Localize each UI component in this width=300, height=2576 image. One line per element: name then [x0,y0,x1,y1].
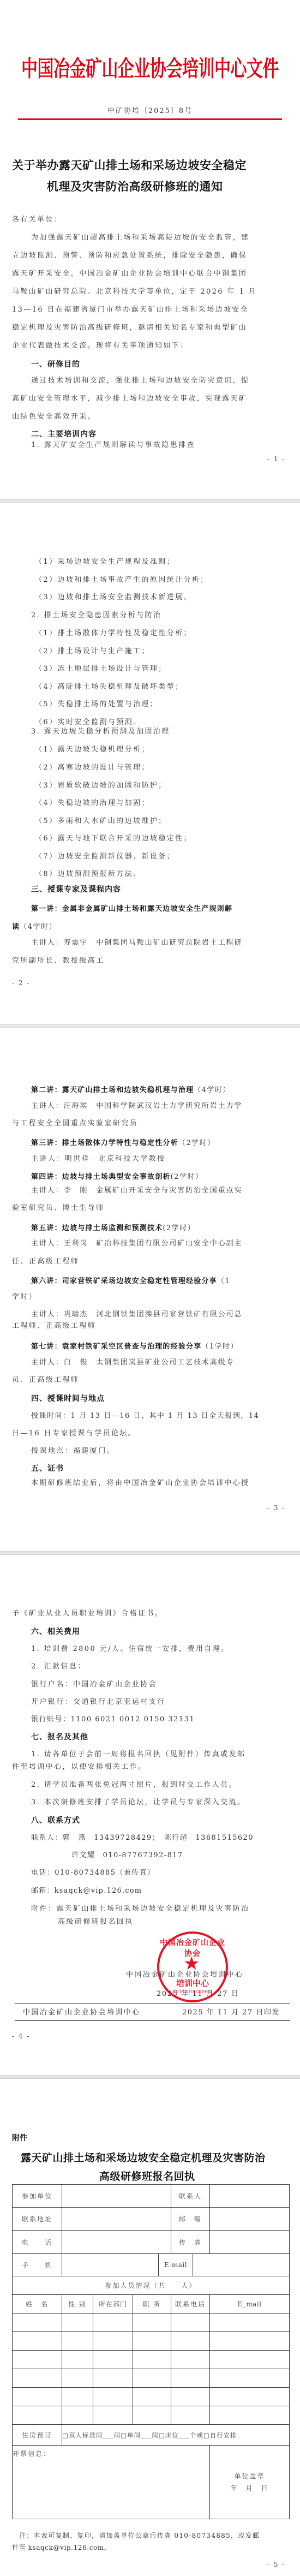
lecture-2-hours: （4学时） [194,1086,231,1094]
lecture-7-speaker: 主讲人：白 俊 太钢集团岚县矿业公司工艺技术高级专 [31,1358,235,1367]
lecture-4-speaker-cont: 验室研究员、博士生导师 [12,1204,104,1213]
bank-account-name: 银行户名：中国冶金矿山企业协会 [31,1680,157,1689]
purpose-line: 通过技术培训和交流，强化排土场和边坡安全防灾意识，提 [31,377,249,385]
issue-date: 2025 年 11 月 27 日印发 [182,2008,280,2017]
page-separator [0,1024,300,1028]
lecture-6-title-row: 第六讲：司家营铁矿采场边坡安全稳定性管理经验分享（1 [31,1275,230,1285]
lecture-1-speaker: 主讲人：寿震宇 中钢集团马鞍山矿山研究总院岩土工程研 [31,939,242,947]
page-3: 第二讲：露天矿山排土场和边坡失稳机理与治理（4学时） 主讲人：汪海滨 中国科学院… [0,1028,300,1551]
cell[interactable] [171,2406,210,2425]
label-lodging: 住房预订 [13,2425,62,2446]
purpose-line: 山绿色安全高效开采。 [12,413,96,421]
topic-item: （1）采场边坡安全生产规程及准则； [35,558,175,567]
page-number: - 5 - [267,2561,285,2568]
participant-row [13,2406,290,2425]
lecture-5-hours: (2学时） [163,1224,195,1232]
notice-title-line-2: 机理及灾害防治高级研修班的通知 [47,178,223,194]
participants-header: 参加人员情况（共 人） [13,2276,290,2295]
lecture-7-hours: （1学时） [201,1343,238,1351]
seal-center-text: 培训中心 [159,1977,226,1989]
label-seal: 单位盖章 [210,2470,289,2482]
topic-item: （4）失稳边坡的治理与加固； [35,799,150,808]
cell[interactable] [93,2332,133,2351]
col-name: 姓 名 [13,2295,62,2313]
lecture-1-speaker-cont: 究所副所长、教授级高工 [12,957,104,965]
issue-org: 中国冶金矿山企业协会培训中心 [23,2008,141,2017]
section-heading-content: 二、主要培训内容 [31,428,97,439]
cell[interactable] [210,2313,290,2332]
cell[interactable] [171,2313,210,2332]
input-postcode[interactable] [210,2208,290,2231]
intro-line: 露天矿开采安全，中国冶金矿山企业协会培训中心联合中钢集团 [12,270,247,278]
topic-item: （2）边坡和排土场事故产生的原因统计分析； [35,576,209,585]
page-2: （1）采场边坡安全生产规程及准则； （2）边坡和排土场事故产生的原因统计分析； … [0,503,300,1024]
cell[interactable] [93,2369,133,2388]
topic-item: （2）高寒边坡的设计与管理； [35,764,150,772]
intro-line: 稳定机理及灾害防治高级研修班，邀请相关知名专家和典型矿山 [12,324,247,332]
topic-item: （3）冻土地层排土场设计与管理； [35,665,167,673]
topic-item: （3）岩质软破边坡的加固和防护； [35,782,167,790]
section-heading-certificate: 五、证书 [31,1463,64,1474]
lecture-7-title: 第七讲：袁家村铁矿采空区普查与治理的经验分享 [31,1343,201,1351]
form-note-cont: 件至 ksaqck@vip.126.com。 [12,2543,111,2552]
page-5: 附件 露天矿山排土场和采场边坡安全稳定机理及灾害防治 高级研修班报名回执 参加单… [0,2079,300,2576]
intro-line: 企业代表做技术交流。现将有关事项通知如下： [12,342,188,350]
certificate-text-cont: 予《矿业从业人员职业培训》合格证书。 [12,1609,163,1618]
section-heading-fees: 六、相关费用 [31,1626,80,1637]
col-gender: 性 别 [62,2295,93,2313]
input-contact[interactable] [210,2185,290,2208]
page-separator [0,2075,300,2079]
topic-item: （8）边坡预测预报新方法。 [35,870,141,879]
lecture-6-title-cont: 学时） [12,1293,37,1302]
attachment-label: 附件 [12,2132,27,2143]
greeting: 各有关单位： [12,216,62,224]
cell[interactable] [62,2332,93,2351]
lecture-6-speaker: 主讲人：巩瑞杰 河北钢铁集团滦县司家营铁矿有限公司总 [31,1310,242,1319]
input-unit[interactable] [62,2185,171,2208]
lecture-4-speaker: 主讲人：李 刚 金属矿山开采安全与灾害防治全国重点实 [31,1186,242,1195]
lecture-3-speaker: 主讲人：明世祥 北京科技大学教授 [31,1155,165,1164]
lecture-3-title: 第三讲：排土场散体力学特性与稳定性分析 [31,1139,178,1147]
lecture-7-title-row: 第七讲：袁家村铁矿采空区普查与治理的经验分享（1学时） [31,1340,238,1351]
section-heading-time-place: 四、授课时间与地点 [31,1393,105,1404]
lecture-1-hours: （4学时） [20,923,57,931]
cell[interactable] [133,2406,171,2425]
participant-row [13,2351,290,2369]
input-email[interactable] [193,2254,290,2276]
lecture-4-title-row: 第四讲：边坡与排土场典型安全事故剖析(2学时） [31,1171,203,1181]
cell[interactable] [13,2332,62,2351]
cell[interactable] [62,2351,93,2369]
course-time-cont: 日—16 日专家授课与学员论坛。 [12,1429,136,1438]
training-fee: 1. 培训费 2800 元/人。住宿统一安排，费用自理。 [31,1645,229,1654]
label-postcode: 邮 编 [171,2208,210,2231]
lecture-5-speaker-cont: 任、正高级工程师 [12,1257,79,1266]
lecture-7-speaker-cont: 员、正高级工程师 [12,1376,79,1385]
input-phone[interactable] [62,2231,171,2254]
lecture-4-title: 第四讲：边坡与排土场典型安全事故剖析 [31,1173,171,1181]
input-fax[interactable] [210,2231,290,2254]
registration-item-3: 3. 本次研修班安排了学员论坛，让学员与专家深入交流。 [31,1798,245,1807]
contact-persons: 联系人：郭 燕 13439728429； 陈行超 13681515620 [31,1834,254,1842]
col-department: 所在部门 [93,2295,133,2313]
lecture-6-hours: （1 [217,1277,230,1285]
cell[interactable] [210,2332,290,2351]
invoice-info-field[interactable]: 开票信息： [13,2446,210,2519]
input-address[interactable] [62,2208,171,2231]
intro-line: 为加强露天矿山超高排土场和采场高陡边坡的安全监管，建 [31,234,249,242]
contact-email: 邮箱：ksaqck@vip.126.com [31,1887,142,1895]
course-place: 授课地点：福建厦门。 [31,1447,115,1456]
course-time: 授课时间：1 月 13 日—16 日，其中 1 月 13 日全天报到，14 [31,1412,259,1421]
attachment-title-line-1: 露天矿山排土场和采场边坡安全稳定机理及灾害防治 [21,2150,266,2164]
label-address: 联系地址 [13,2208,62,2231]
lecture-2-title-row: 第二讲：露天矿山排土场和边坡失稳机理与治理（4学时） [31,1084,231,1094]
cell[interactable] [133,2313,171,2332]
star-icon: ★ [183,1954,200,1973]
certificate-text: 本期研修班结业后，将由中国冶金矿山企业协会培训中心授 [31,1479,249,1488]
lecture-6-title: 第六讲：司家营铁矿采场边坡安全稳定性管理经验分享 [31,1277,217,1285]
topic-item: （5）多雨和大水矿山的边坡维护； [35,817,167,826]
lecture-5-title-row: 第五讲：边坡与排土场监测和预测技术(2学时） [31,1222,195,1232]
lecture-2-title: 第二讲：露天矿山排土场和边坡失稳机理与治理 [31,1086,194,1094]
cell[interactable] [13,2313,62,2332]
registration-item-2: 2. 请学员准备两张免冠两寸照片，报到时交工作人员。 [31,1781,237,1790]
lecture-3-hours: （2学时） [178,1139,215,1147]
col-phone: 联系电话 [171,2295,210,2313]
issue-rule-bottom [15,2020,290,2021]
section-heading-purpose: 一、研修目的 [31,359,80,369]
unit-seal-field[interactable]: 单位盖章 年 月 日 [210,2446,290,2519]
attachment-reference-cont: 高级研修班报名回执 [58,1918,134,1927]
topic-item: （6）实时安全监测与预测。 [35,718,141,727]
topic-item: （2）排土场设计与生产施工； [35,647,150,656]
intro-line: 13—16 日在福建省厦门市举办露天矿山排土场和采场边坡安全 [12,306,249,314]
contact-persons-cont: 许文耀 010-87767392-817 [71,1851,183,1860]
page-separator [0,1551,300,1555]
intro-line: 立边坡监测、预警、预防和应急处置系统，排除安全隐患，确保 [12,252,247,260]
col-position: 职 务 [133,2295,171,2313]
label-email: E-mail [159,2254,193,2276]
lecture-3-title-row: 第三讲：排土场散体力学特性与稳定性分析（2学时） [31,1137,215,1147]
header-red-rule [18,118,282,120]
intro-line: 马鞍山矿山研究总院、北京科技大学等单位，定于 2026 年 1 月 [12,288,257,296]
label-unit: 参加单位 [13,2185,62,2208]
label-seal-date: 年 月 日 [210,2482,289,2494]
participant-row [13,2388,290,2406]
lecture-4-hours: (2学时） [171,1173,203,1181]
cell[interactable] [62,2388,93,2406]
topic-title: 2. 排土场安全隐患因素分析与防治 [31,611,161,620]
form-note: 注：本表可复制、复印，请加盖单位公章后传真 010-80734885，或发邮 [19,2531,260,2540]
bank-account-number: 银行账号：1100 6021 0012 0150 32131 [31,1715,195,1724]
cell[interactable] [133,2369,171,2388]
participant-row [13,2369,290,2388]
document-number: 中矿协培〔2025〕8号 [0,107,300,116]
cell[interactable] [13,2351,62,2369]
attachment-title-line-2: 高级研修班报名回执 [99,2168,195,2183]
topic-item: （1）露天边坡失稳机理分析； [35,746,150,754]
lecture-2-speaker: 主讲人：汪海滨 中国科学院武汉岩土力学研究所岩土力学 [31,1102,242,1111]
section-heading-contact: 八、联系方式 [31,1815,80,1826]
cell[interactable] [13,2406,62,2425]
attachment-reference: 附件：露天矿山排土场和采场边坡安全稳定机理及灾害防治 [31,1905,249,1913]
cell[interactable] [93,2388,133,2406]
label-fax: 传 真 [171,2231,210,2254]
label-mobile: 手 机 [13,2254,62,2276]
cell[interactable] [171,2369,210,2388]
lecture-5-speaker: 主讲人：王利岗 矿冶科技集团有限公司矿山安全中心副主 [31,1239,242,1248]
cell[interactable] [62,2406,93,2425]
bank-name: 开户银行：交通银行北京亚运村支行 [31,1698,165,1707]
participant-row [13,2332,290,2351]
label-phone: 电 话 [13,2231,62,2254]
page-4: 予《矿业从业人员职业培训》合格证书。 六、相关费用 1. 培训费 2800 元/… [0,1555,300,2075]
purpose-line: 高矿山安全管理水平，减少排土场和边坡安全事故，实现露天矿 [12,395,247,403]
topic-item: （4）高陡排土场失稳机理及破坏类型； [35,683,183,691]
input-mobile[interactable] [62,2254,159,2276]
cell[interactable] [13,2369,62,2388]
topic-item: （7）边坡安全监测新仪器、新设备； [35,852,175,861]
col-email: E_mail [210,2295,290,2313]
topic-item: （3）边坡和排土场安全监测技术新进展。 [35,593,192,602]
seal-number: 1011510028960 [159,1989,226,1994]
page-1: 中国冶金矿山企业协会培训中心文件 中矿协培〔2025〕8号 关于举办露天矿山排土… [0,0,300,499]
lecture-1-title: 第一讲：金属非金属矿山排土场和露天边坡安全生产规则解 [31,905,232,913]
section-heading-lecturers: 三、授课专家及课程内容 [31,884,121,895]
cell[interactable] [133,2388,171,2406]
contact-phone: 电话：010-80734885（兼传真） [31,1869,155,1877]
cell[interactable] [133,2332,171,2351]
lecture-2-speaker-cont: 与工程安全全国重点实验室研究员 [12,1119,138,1128]
cell[interactable] [210,2351,290,2369]
participant-row [13,2313,290,2332]
section-heading-registration: 七、报名及其他 [31,1731,88,1742]
cell[interactable] [210,2406,290,2425]
lecture-title-cont: 读（4学时） [12,921,57,931]
topic-item: （5）失稳排土场的处置与治理； [35,700,158,709]
cell[interactable] [171,2332,210,2351]
page-number: - 1 - [267,455,285,463]
label-contact: 联系人 [171,2185,210,2208]
topic-item: （1）排土场散体力学特性及稳定性分析； [35,629,192,638]
registration-item-1: 1. 请各单位于会前一周将报名回执（见附件）传真或发邮 [31,1750,245,1759]
cell[interactable] [210,2369,290,2388]
page-number: - 4 - [12,2032,30,2040]
topic-title: 3. 露天边坡失稳分析预测及加固治理 [31,728,170,736]
lecture-6-speaker-cont: 工程师、正高级工程师 [12,1322,96,1331]
page-number: - 2 - [12,979,30,987]
cell[interactable] [62,2313,93,2332]
issue-rule-top [15,2003,290,2004]
lecture-1-title-cont: 读 [12,923,20,931]
registration-item-1-cont: 件至培训中心，以便安排相关工作。 [12,1763,146,1772]
cell[interactable] [93,2406,133,2425]
lodging-options[interactable]: □双人标准间___间□单间___间□床位___个或□自行安排 [62,2425,290,2446]
cell[interactable] [93,2313,133,2332]
cell[interactable] [13,2388,62,2406]
page-separator [0,499,300,503]
cell[interactable] [62,2369,93,2388]
remittance-label: 2. 汇款信息： [31,1662,86,1671]
lecture-5-title: 第五讲：边坡与排土场监测和预测技术 [31,1224,163,1232]
cell[interactable] [171,2388,210,2406]
cell[interactable] [93,2351,133,2369]
cell[interactable] [210,2388,290,2406]
cell[interactable] [133,2351,171,2369]
org-document-header: 中国冶金矿山企业协会培训中心文件 [19,50,281,82]
topic-title: 1. 露天矿安全生产规则解读与事故隐患排查 [31,441,195,450]
label-invoice: 开票信息： [13,2446,209,2458]
lecture-title: 第一讲：金属非金属矿山排土场和露天边坡安全生产规则解 [31,903,232,913]
notice-title-line-1: 关于举办露天矿山排土场和采场边坡安全稳定 [12,157,247,173]
registration-form: 参加单位 联系人 联系地址 邮 编 电 话 传 真 手 机 E-mail 参加人… [12,2184,290,2519]
page-number: - 3 - [267,1504,285,1512]
official-seal: 中国冶金矿山企业协会 ★ 培训中心 1011510028960 [157,1931,228,2002]
cell[interactable] [171,2351,210,2369]
topic-item: （6）露天与地下联合开采的边坡稳定性； [35,834,192,843]
